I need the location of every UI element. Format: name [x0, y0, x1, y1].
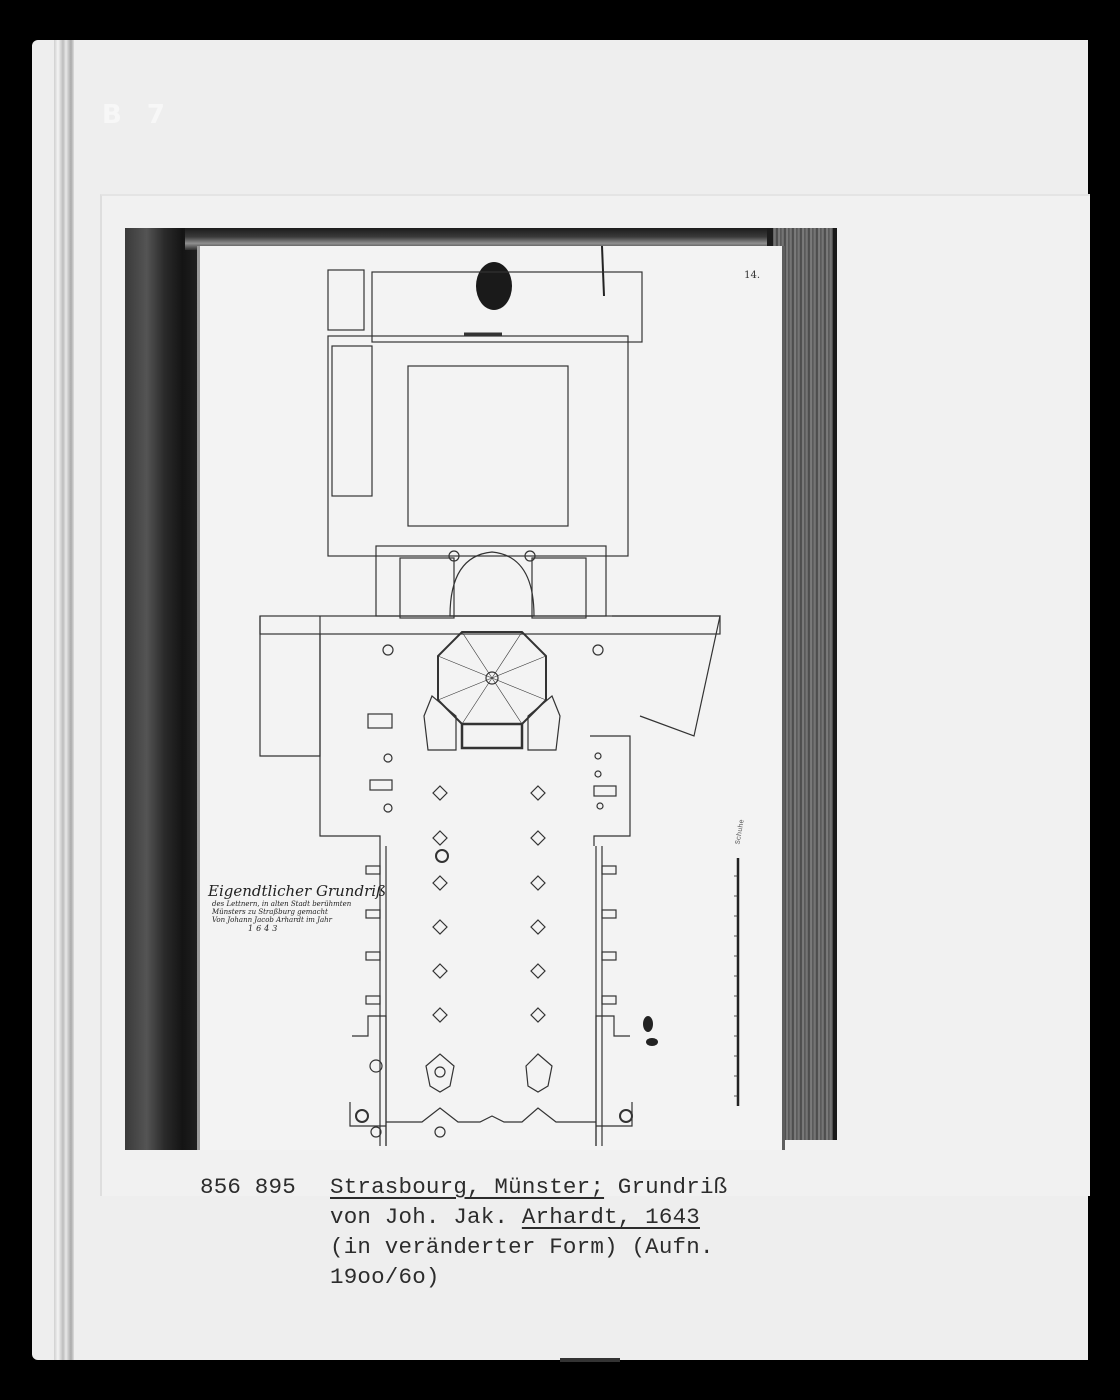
inventory-number: 856 895 [200, 1172, 330, 1202]
sheet-number-mark: 14. [744, 270, 760, 281]
catalog-caption: 856 895Strasbourg, Münster; Grundriß von… [200, 1172, 727, 1292]
plan-drawing-sheet: 14. Schuhe Eigendtlicher Grundriß des Le… [197, 246, 785, 1150]
card-edge-strip [54, 40, 74, 1360]
plan-inscription: Eigendtlicher Grundriß des Lettnern, in … [208, 882, 386, 933]
caption-photo-date: 19oo/6o) [330, 1264, 440, 1290]
card-watermark: B 7 [102, 100, 173, 130]
frame-left-edge [125, 228, 197, 1150]
inscription-line-2: Münsters zu Straßburg gemacht [212, 908, 386, 916]
inscription-line-3: Von Johann Jacob Arhardt im Jahr [212, 916, 386, 924]
caption-location: Strasbourg, Münster; [330, 1174, 604, 1200]
caption-author-prefix: von Joh. Jak. [330, 1204, 522, 1230]
caption-author-date: Arhardt, 1643 [522, 1204, 700, 1230]
photograph-of-plan: 14. Schuhe Eigendtlicher Grundriß des Le… [125, 228, 837, 1150]
card-bottom-mark [560, 1358, 620, 1362]
caption-note: (in veränderter Form) (Aufn. [330, 1234, 714, 1260]
inscription-title: Eigendtlicher Grundriß [208, 882, 386, 900]
inscription-year: 1643 [248, 924, 386, 933]
inscription-line-1: des Lettnern, in alten Stadt berühmten [212, 900, 386, 908]
caption-subject: Grundriß [604, 1174, 727, 1200]
cathedral-floor-plan [200, 246, 782, 1150]
